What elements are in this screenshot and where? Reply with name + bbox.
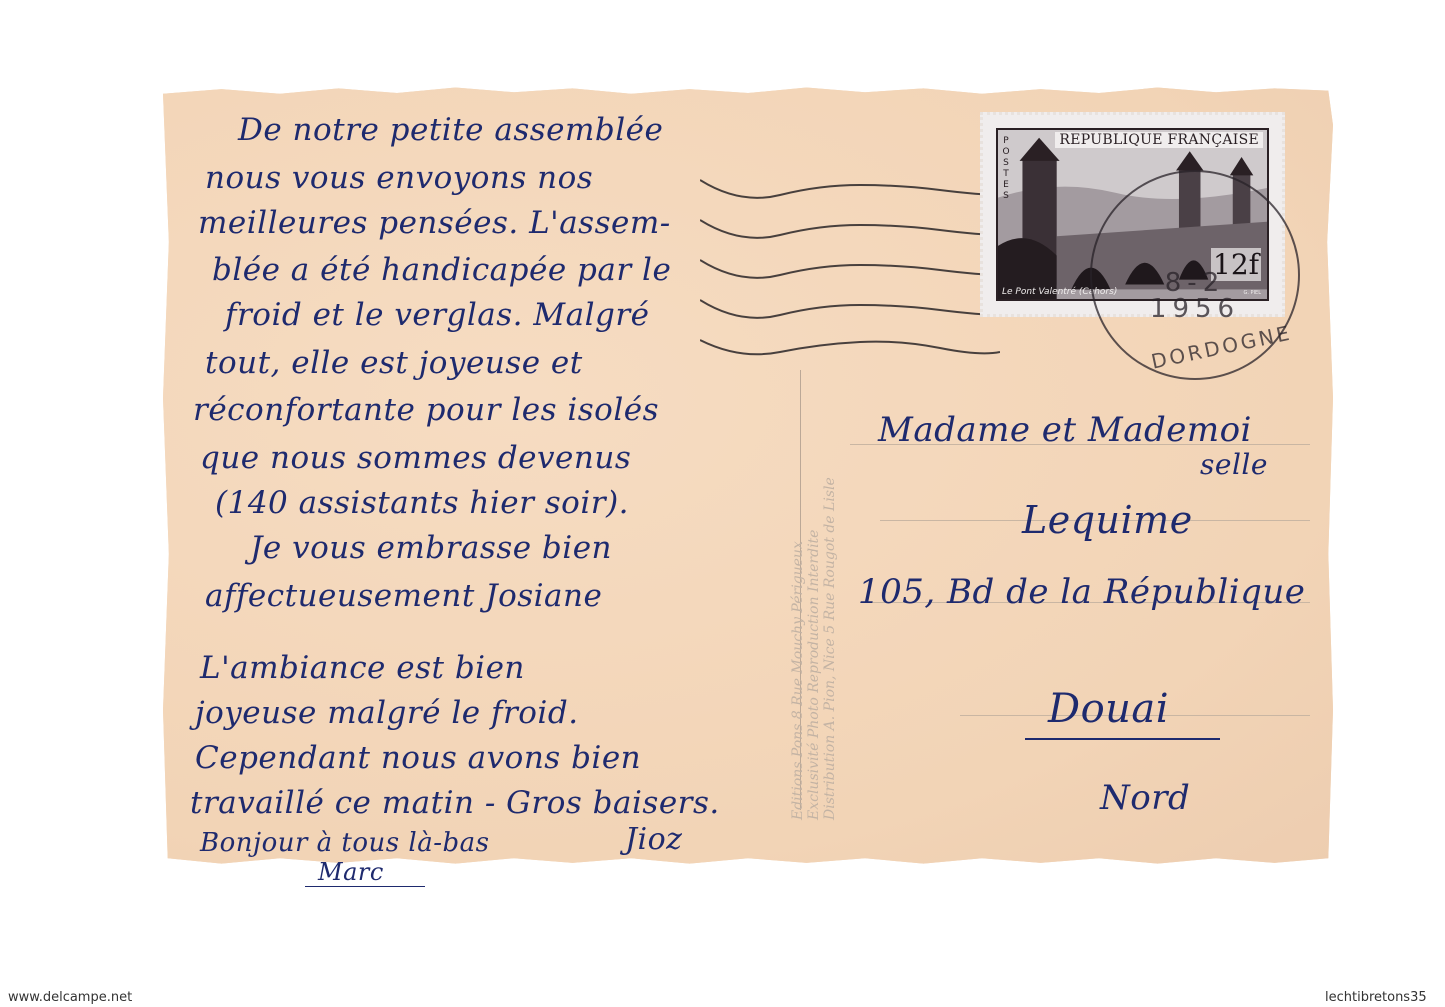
postmark-date: 8-2 1956	[1130, 270, 1260, 322]
watermark-delcampe: www.delcampe.net	[8, 990, 132, 1005]
address-recipient-cont: selle	[1200, 448, 1268, 481]
message-line: que nous sommes devenus	[200, 440, 631, 476]
signature-2: Jioz	[625, 822, 683, 857]
publisher-line: Exclusivité Photo Reproduction Interdite	[806, 477, 822, 820]
publisher-line: Distribution A. Pion, Nice 5 Rue Rougot …	[822, 477, 838, 820]
signature-underline	[305, 886, 425, 887]
message-line: Cependant nous avons bien	[195, 740, 641, 776]
postmark-year: 1956	[1130, 296, 1260, 322]
message-line: nous vous envoyons nos	[205, 160, 593, 196]
address-street: 105, Bd de la République	[858, 572, 1305, 612]
address-surname: Lequime	[1022, 498, 1193, 542]
message-line: froid et le verglas. Malgré	[225, 297, 650, 333]
postmark-day-month: 8-2	[1130, 270, 1260, 296]
message-line: L'ambiance est bien	[200, 650, 525, 686]
message-line: meilleures pensées. L'assem-	[198, 205, 671, 241]
address-city: Douai	[1048, 686, 1169, 732]
message-line: (140 assistants hier soir).	[215, 485, 629, 521]
message-line: réconfortante pour les isolés	[193, 392, 659, 428]
publisher-line: Editions Pons 8 Rue Mouchy Périgueux	[790, 477, 806, 820]
address-recipient: Madame et Mademoi	[878, 410, 1252, 450]
watermark-seller: lechtibretons35	[1325, 990, 1427, 1005]
message-line: joyeuse malgré le froid.	[195, 695, 579, 731]
message-line: tout, elle est joyeuse et	[205, 345, 583, 381]
stamp-postes: POSTES	[1001, 136, 1011, 202]
address-region: Nord	[1100, 778, 1190, 818]
publisher-imprint: Editions Pons 8 Rue Mouchy Périgueux Exc…	[790, 477, 838, 820]
message-line: Bonjour à tous là-bas	[200, 828, 489, 858]
message-line: De notre petite assemblée	[238, 112, 663, 148]
stamp-country: REPUBLIQUE FRANÇAISE	[1055, 132, 1263, 148]
signature-marc: Marc	[318, 858, 384, 886]
message-line: Je vous embrasse bien	[250, 530, 612, 566]
city-underline	[1025, 738, 1220, 740]
message-line: travaillé ce matin - Gros baisers.	[190, 785, 720, 821]
stamp-caption: Le Pont Valentré (Cahors)	[1002, 287, 1117, 297]
postmark-cancel-waves	[700, 120, 1000, 360]
message-line: blée a été handicapée par le	[212, 252, 671, 288]
message-line: affectueusement Josiane	[205, 578, 602, 614]
